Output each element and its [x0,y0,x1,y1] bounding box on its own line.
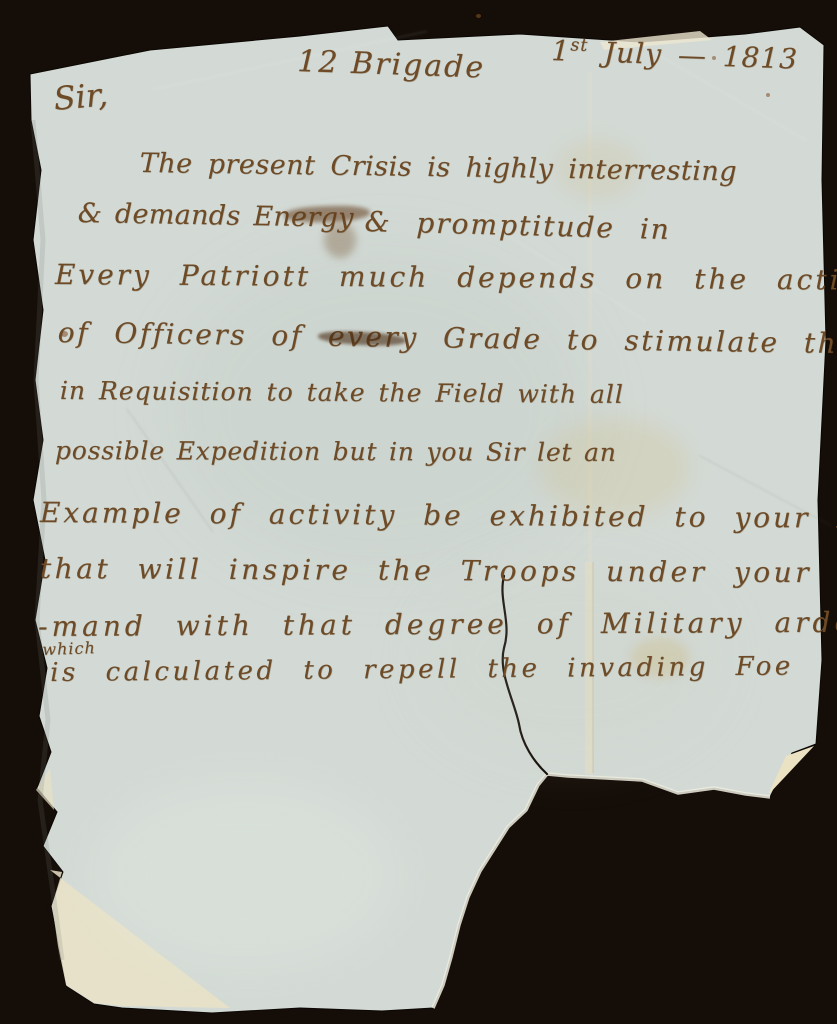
ink-smudge-drip [324,222,356,258]
letter-line-5: in Requisition to take the Field with al… [60,376,624,409]
salutation: Sir, [52,75,109,118]
heading-date-rest: July — 1813 [603,36,798,76]
letter-line-6: possible Expedition but in you Sir let a… [55,436,617,467]
letter-line-7-text: Example of activity be exhibited to your… [40,496,837,535]
scanned-letter-photo: 12 Brigade 1st July — 1813 Sir, The pres… [0,0,837,1024]
heading-date-day: 1 [551,34,571,68]
ink-speck [476,14,481,18]
letter-line-8: that will inspire the Troops under your … [40,552,837,590]
inserted-word-which: which [42,638,96,659]
fold-crease-upper [588,72,592,562]
heading-unit: 12 Brigade [297,44,486,86]
ink-speck [766,93,770,97]
heading-date-suffix: st [570,35,589,56]
letter-line-9: -mand with that degree of Military ardou… [38,606,837,643]
letter-line-3: Every Patriott much depends on the activ… [55,258,837,297]
letter-line-7: Example of activity be exhibited to your… [40,496,837,535]
